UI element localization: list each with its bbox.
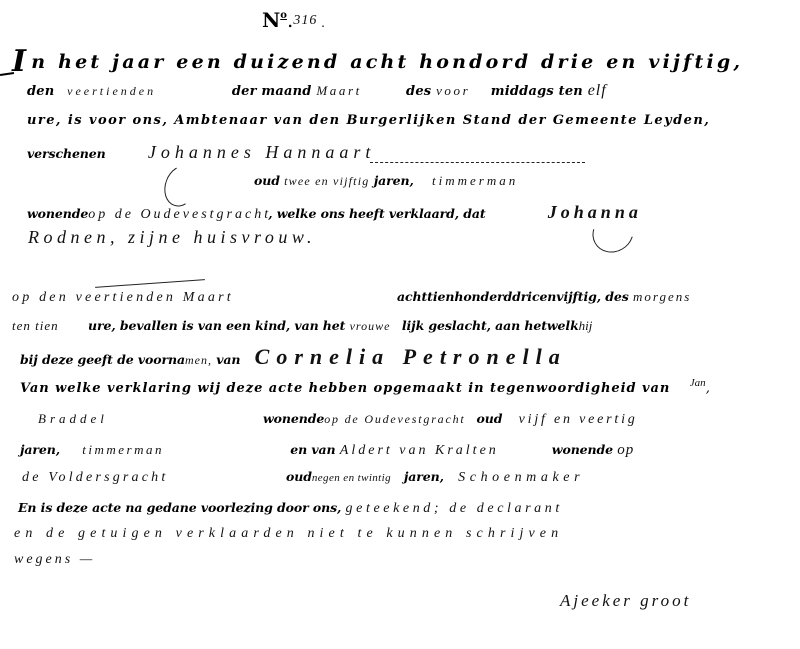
handwritten-ampm: voor [436, 84, 486, 97]
printed-bevallen: ure, bevallen is van een kind, van het [88, 318, 345, 333]
handwritten-hour: elf [588, 83, 607, 99]
handwritten-child-name: Cornelia Petronella [255, 346, 567, 368]
handwritten-father-occupation: timmerman [432, 174, 518, 187]
handwritten-signature: Ajeeker groot [560, 592, 691, 609]
witness2-line: jaren, timmermanen van Aldert van Kralte… [20, 443, 634, 458]
printed-witness-intro: Van welke verklaring wij deze acte hebbe… [20, 381, 670, 396]
handwritten-men: men, [185, 354, 212, 366]
printed-closing: En is deze acte na gedane voorlezing doo… [18, 500, 341, 515]
drop-initial: I [12, 44, 29, 79]
mother-line: Rodnen, zijne huisvrouw. [28, 228, 316, 246]
reason-line: wegens — [14, 550, 95, 567]
printed-des: des [406, 84, 431, 99]
handwritten-jan: Jan [690, 378, 706, 389]
printed-geslacht: lijk geslacht, aan hetwelk [402, 318, 579, 333]
handwritten-mother-surname: Rodnen, zijne huisvrouw. [28, 228, 316, 246]
handwritten-sex: vrouwe [350, 320, 398, 332]
declaration-line: en de getuigen verklaarden niet te kunne… [14, 524, 563, 541]
birth-record-page: No.316 . In het jaar een duizend acht ho… [0, 0, 800, 649]
printed-wonende: wonende [27, 206, 88, 221]
handwritten-witness2-age: negen en twintig [312, 473, 404, 484]
handwritten-signed: geteekend; de declarant [346, 502, 563, 516]
strike-stroke [95, 279, 205, 288]
residence-line: wonendeop de Oudevestgracht, welke ons h… [27, 203, 642, 222]
handwritten-witness1-address: op de Oudevestgracht [324, 413, 472, 425]
handwritten-father-age: twee en vijftig [284, 175, 369, 187]
printed-verschenen: verschenen [27, 146, 106, 161]
printed-verklaard: , welke ons heeft verklaard, dat [268, 206, 485, 221]
record-number-value: 316 [293, 14, 317, 28]
record-number: No.316 . [262, 10, 325, 31]
printed-year: achttienhonderddricenvijftig, des [397, 289, 629, 304]
handwritten-time-of-day: morgens [633, 290, 691, 303]
official-text: ure, is voor ons, Ambtenaar van den Burg… [27, 113, 710, 128]
official-line: ure, is voor ons, Ambtenaar van den Burg… [27, 114, 710, 127]
closing-line: En is deze acte na gedane voorlezing doo… [18, 502, 563, 516]
handwritten-op: op [617, 443, 634, 458]
printed-oud-2: oud [477, 411, 503, 426]
printed-oud-3: oud [286, 469, 312, 484]
witness1-line: Braddelwonendeop de Oudevestgracht oud v… [20, 412, 638, 427]
witness-intro-line: Van welke verklaring wij deze acte hebbe… [20, 382, 711, 395]
handwritten-witness1-occupation: timmerman [64, 443, 290, 456]
date-line: den veertienden der maand Maart des voor… [27, 83, 607, 99]
birth-date-line: op den veertienden Maartachttienhonderdd… [12, 290, 691, 305]
opening-text: n het jaar een duizend acht hondord drie… [31, 51, 743, 73]
witness2-detail-line: de Voldersgrachtoudnegen en twintigjaren… [22, 471, 584, 485]
handwritten-birth-date: op den veertienden Maart [12, 291, 397, 305]
printed-den: den [27, 84, 54, 99]
birth-hour-line: ten tienure, bevallen is van een kind, v… [12, 319, 592, 333]
handwritten-declaration: en de getuigen verklaarden niet te kunne… [14, 527, 563, 541]
record-number-label: N [262, 8, 280, 32]
handwritten-reason: wegens — [14, 553, 95, 567]
printed-en-van: en van [290, 442, 335, 457]
handwritten-father-name: Johannes Hannaart [148, 143, 376, 161]
handwritten-witness2-name: Aldert van Kralten [340, 444, 552, 458]
printed-der-maand: der maand [232, 84, 312, 99]
underline-stroke [370, 162, 585, 163]
given-name-line: bij deze geeft de voornamen, van Corneli… [20, 346, 567, 368]
printed-oud: oud [254, 173, 280, 188]
record-number-sup: o [280, 10, 287, 21]
handwritten-hij: hij [579, 319, 593, 332]
age-line: oud twee en vijftig jaren, timmerman [254, 174, 518, 188]
handwritten-witness1-age: vijf en veertig [519, 413, 638, 427]
printed-van: van [216, 352, 240, 367]
handwritten-month: Maart [316, 84, 401, 97]
printed-jaren-2: jaren, [20, 442, 60, 457]
handwritten-day: veertienden [67, 85, 227, 97]
printed-voornamen: bij deze geeft de voorna [20, 352, 185, 367]
handwritten-witness2-occupation: Schoenmaker [458, 471, 584, 485]
official-signature: Ajeeker groot [560, 592, 691, 609]
printed-jaren-3: jaren, [404, 469, 444, 484]
printed-wonende-3: wonende [552, 442, 613, 457]
handwritten-address: op de Oudevestgracht [88, 208, 268, 222]
handwritten-witness1-name: Braddel [20, 412, 263, 425]
printed-wonende-2: wonende [263, 411, 324, 426]
handwritten-birth-hour: ten tien [12, 319, 88, 332]
handwritten-witness2-address: de Voldersgracht [22, 471, 286, 485]
printed-jaren: jaren, [374, 173, 414, 188]
appeared-line: verschenen Johannes Hannaart [27, 143, 375, 161]
opening-line: In het jaar een duizend acht hondord dri… [12, 44, 743, 74]
printed-middags-ten: middags ten [491, 84, 583, 99]
